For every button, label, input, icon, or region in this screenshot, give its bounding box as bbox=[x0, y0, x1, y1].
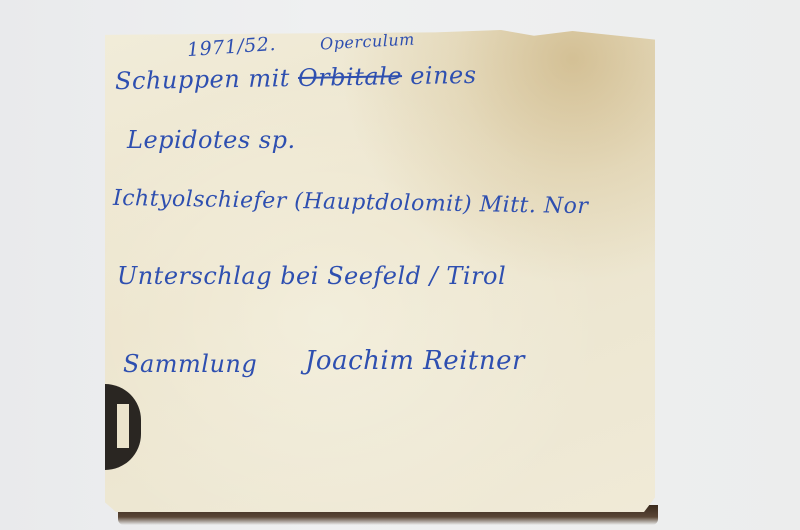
label-line-1: Schuppen mit Orbitale eines bbox=[115, 61, 477, 95]
label-line-2-species: Lepidotes sp. bbox=[127, 126, 296, 154]
operculum-annotation: Operculum bbox=[320, 30, 416, 54]
specimen-label-paper: 1971/52. Operculum Schuppen mit Orbitale… bbox=[105, 30, 655, 512]
partial-stamp-mark bbox=[105, 384, 141, 470]
line-1-end: eines bbox=[402, 61, 477, 90]
struck-word: Orbitale bbox=[298, 62, 403, 92]
collector-name: Joachim Reitner bbox=[305, 346, 525, 376]
collection-label: Sammlung bbox=[123, 350, 257, 378]
catalog-number: 1971/52. bbox=[186, 33, 276, 61]
line-1-start: Schuppen mit bbox=[115, 64, 298, 95]
label-line-4-locality: Unterschlag bei Seefeld / Tirol bbox=[117, 262, 506, 290]
label-line-3-formation: Ichtyolschiefer (Hauptdolomit) Mitt. Nor bbox=[113, 186, 589, 219]
